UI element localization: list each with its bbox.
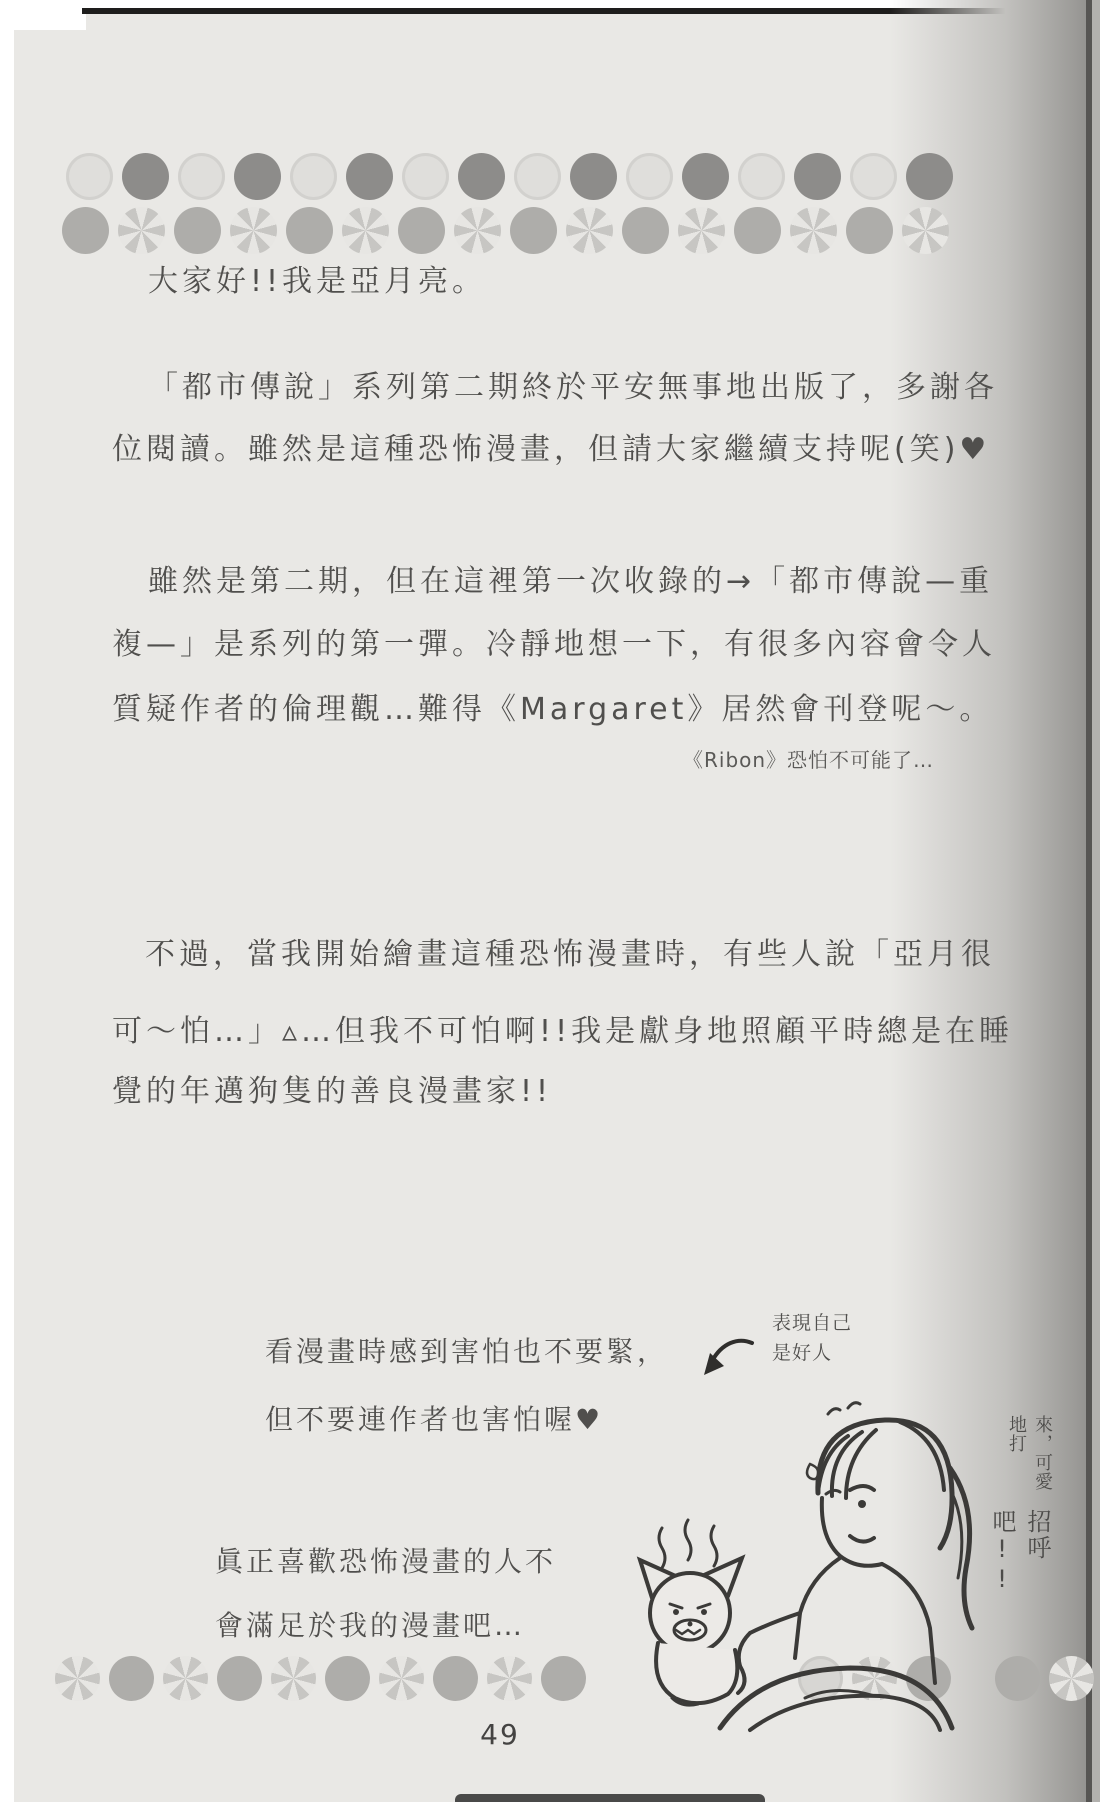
decor-circle-flower — [790, 207, 837, 254]
aside-note: 《Ribon》恐怕不可能了… — [683, 744, 934, 773]
decor-circle-dark — [682, 153, 729, 200]
decorative-dot-row-top-1 — [66, 153, 953, 200]
greeting-line: 大家好!!我是亞月亮。 — [148, 256, 486, 300]
decor-circle-flower — [55, 1656, 100, 1701]
decor-circle-flower — [342, 207, 389, 254]
para3-line1: 不過，當我開始繪畫這種恐怖漫畫時，有些人說「亞月很 — [145, 929, 995, 973]
para4-line1: 看漫畫時感到害怕也不要緊， — [265, 1330, 668, 1370]
decor-circle-flower — [118, 207, 165, 254]
decorative-dot-row-bottom-edge — [995, 1656, 1094, 1701]
para5-line2: 會滿足於我的漫畫吧… — [215, 1604, 525, 1644]
para3-line3: 覺的年邁狗隻的善良漫畫家!! — [112, 1066, 552, 1110]
decor-circle-solid — [217, 1656, 262, 1701]
decor-circle-solid — [541, 1656, 586, 1701]
decor-circle-solid — [734, 207, 781, 254]
para3-line2: 可～怕…」▵…但我不可怕啊!!我是獻身地照顧平時總是在睡 — [112, 1006, 1013, 1050]
scan-corner — [0, 0, 86, 30]
decor-circle-solid — [286, 207, 333, 254]
vertical-speech-left: 招呼吧!! — [985, 1509, 1055, 1615]
decor-circle-light — [738, 153, 785, 200]
author-dog-illustration — [600, 1398, 1000, 1748]
para4-line2: 但不要連作者也害怕喔♥ — [265, 1398, 603, 1438]
scan-bottom-edge — [455, 1794, 765, 1802]
para5-line1: 眞正喜歡恐怖漫畫的人不 — [215, 1540, 556, 1580]
arrow-note: 表現自己 是好人 — [772, 1308, 852, 1368]
decor-circle-dark — [234, 153, 281, 200]
decor-circle-dark — [122, 153, 169, 200]
decor-circle-solid — [995, 1656, 1040, 1701]
decor-circle-solid — [109, 1656, 154, 1701]
decor-circle-light — [850, 153, 897, 200]
decor-circle-light — [66, 153, 113, 200]
curved-arrow-icon — [700, 1335, 756, 1383]
decor-circle-flower — [271, 1656, 316, 1701]
decor-circle-flower — [454, 207, 501, 254]
decor-circle-solid — [398, 207, 445, 254]
decor-circle-flower — [487, 1656, 532, 1701]
decor-circle-light — [626, 153, 673, 200]
arrow-note-line1: 表現自己 — [772, 1308, 852, 1338]
decor-circle-solid — [510, 207, 557, 254]
decor-circle-solid — [846, 207, 893, 254]
decor-circle-dark — [906, 153, 953, 200]
decorative-dot-row-top-2 — [62, 207, 949, 254]
para2-line1: 雖然是第二期，但在這裡第一次收錄的→「都市傳說—重 — [148, 556, 993, 600]
decor-circle-light — [514, 153, 561, 200]
decor-circle-solid — [622, 207, 669, 254]
book-edge-strip — [1092, 0, 1100, 1802]
decor-circle-flower — [230, 207, 277, 254]
decor-circle-flower — [379, 1656, 424, 1701]
decor-circle-flower — [566, 207, 613, 254]
decorative-dot-row-bottom-left — [55, 1656, 586, 1701]
page-number: 49 — [0, 1718, 1000, 1751]
decor-circle-light — [402, 153, 449, 200]
vertical-speech-right: 來，可愛地打 — [985, 1415, 1055, 1503]
decor-circle-dark — [570, 153, 617, 200]
decor-circle-solid — [433, 1656, 478, 1701]
decor-circle-light — [290, 153, 337, 200]
arrow-note-line2: 是好人 — [772, 1338, 852, 1368]
decor-circle-flower — [1049, 1656, 1094, 1701]
decor-circle-dark — [346, 153, 393, 200]
decor-circle-flower — [163, 1656, 208, 1701]
decor-circle-flower — [678, 207, 725, 254]
scan-top-edge — [82, 8, 1100, 14]
decor-circle-light — [178, 153, 225, 200]
para1-line1: 「都市傳說」系列第二期終於平安無事地出版了，多謝各 — [148, 362, 998, 406]
decor-circle-dark — [794, 153, 841, 200]
decor-circle-solid — [325, 1656, 370, 1701]
decor-circle-flower — [902, 207, 949, 254]
decor-circle-solid — [62, 207, 109, 254]
para1-line2: 位閱讀。雖然是這種恐怖漫畫，但請大家繼續支持呢(笑)♥ — [112, 424, 990, 468]
para2-line2: 複—」是系列的第一彈。冷靜地想一下，有很多內容會令人 — [112, 619, 996, 663]
decor-circle-dark — [458, 153, 505, 200]
vertical-speech: 來，可愛地打 招呼吧!! — [985, 1415, 1055, 1615]
decor-circle-solid — [174, 207, 221, 254]
para2-line3: 質疑作者的倫理觀…難得《Margaret》居然會刊登呢～。 — [112, 684, 993, 728]
